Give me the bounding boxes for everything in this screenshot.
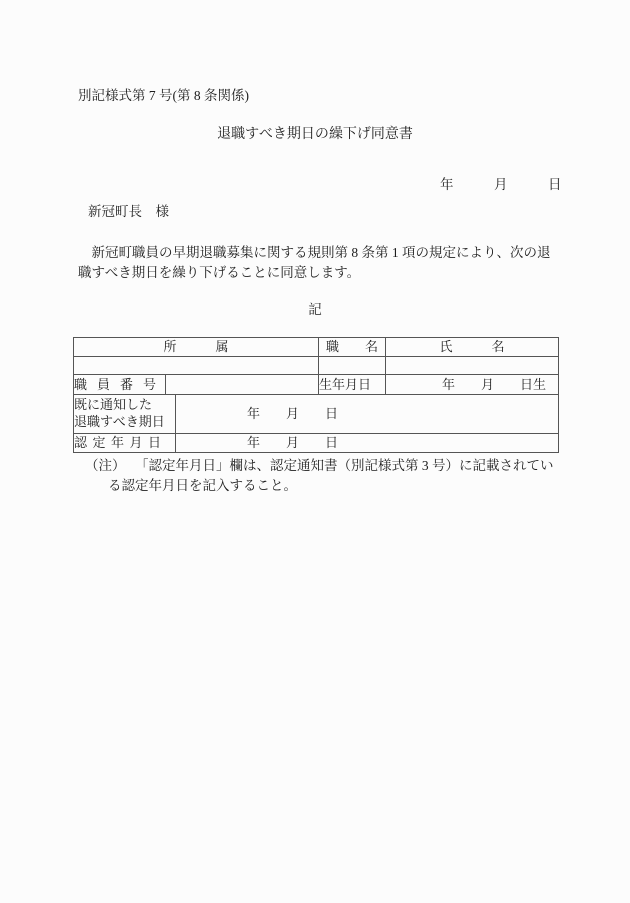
document-title: 退職すべき期日の繰下げ同意書 [0,126,630,143]
body-paragraph: 新冠町職員の早期退職募集に関する規則第 8 条第 1 項の規定により、次の退 職… [78,243,598,283]
notified-retirement-date-value: 年 月 日 [176,395,559,434]
document-page: 別記様式第 7 号(第 8 条関係) 退職すべき期日の繰下げ同意書 年 月 日 … [0,0,630,903]
table-entry-row [74,357,559,375]
notified-retirement-date-label: 既に通知した 退職すべき期日 [74,395,176,434]
job-title-value-cell [319,357,386,375]
header-job-title: 職 名 [319,338,386,357]
header-affiliation: 所 属 [74,338,319,357]
body-line: 新冠町職員の早期退職募集に関する規則第 8 条第 1 項の規定により、次の退 [78,243,598,263]
addressee: 新冠町長 様 [88,203,169,220]
notified-label-line: 既に通知した [74,396,175,413]
note-label: （注） [85,456,126,476]
note-line-2: る認定年月日を記入すること。 [108,476,575,496]
header-name: 氏 名 [386,338,559,357]
employee-number-label: 職員番号 [74,375,166,395]
date-line: 年 月 日 [440,176,562,193]
table-header-row: 所 属 職 名 氏 名 [74,338,559,357]
name-value-cell [386,357,559,375]
certified-date-label: 認定年月日 [74,434,176,453]
body-line: 職すべき期日を繰り下げることに同意します。 [78,263,598,283]
personnel-table: 所 属 職 名 氏 名 職員番号 生年月日 年 月 日生 既に通知した 退職すべ… [73,337,559,453]
birth-date-label: 生年月日 [319,375,386,395]
affiliation-value-cell [74,357,319,375]
form-number: 別記様式第 7 号(第 8 条関係) [78,88,249,104]
note: （注） 「認定年月日」欄は、認定通知書（別記様式第 3 号）に記載されてい る認… [85,456,575,496]
notified-retirement-date-row: 既に通知した 退職すべき期日 年 月 日 [74,395,559,434]
employee-number-value-cell [166,375,319,395]
notified-label-line: 退職すべき期日 [74,413,175,430]
certified-date-value: 年 月 日 [176,434,559,453]
note-line-1: 「認定年月日」欄は、認定通知書（別記様式第 3 号）に記載されてい [135,456,575,476]
certified-date-row: 認定年月日 年 月 日 [74,434,559,453]
employee-number-row: 職員番号 生年月日 年 月 日生 [74,375,559,395]
section-marker: 記 [0,301,630,318]
birth-date-value: 年 月 日生 [386,375,559,395]
